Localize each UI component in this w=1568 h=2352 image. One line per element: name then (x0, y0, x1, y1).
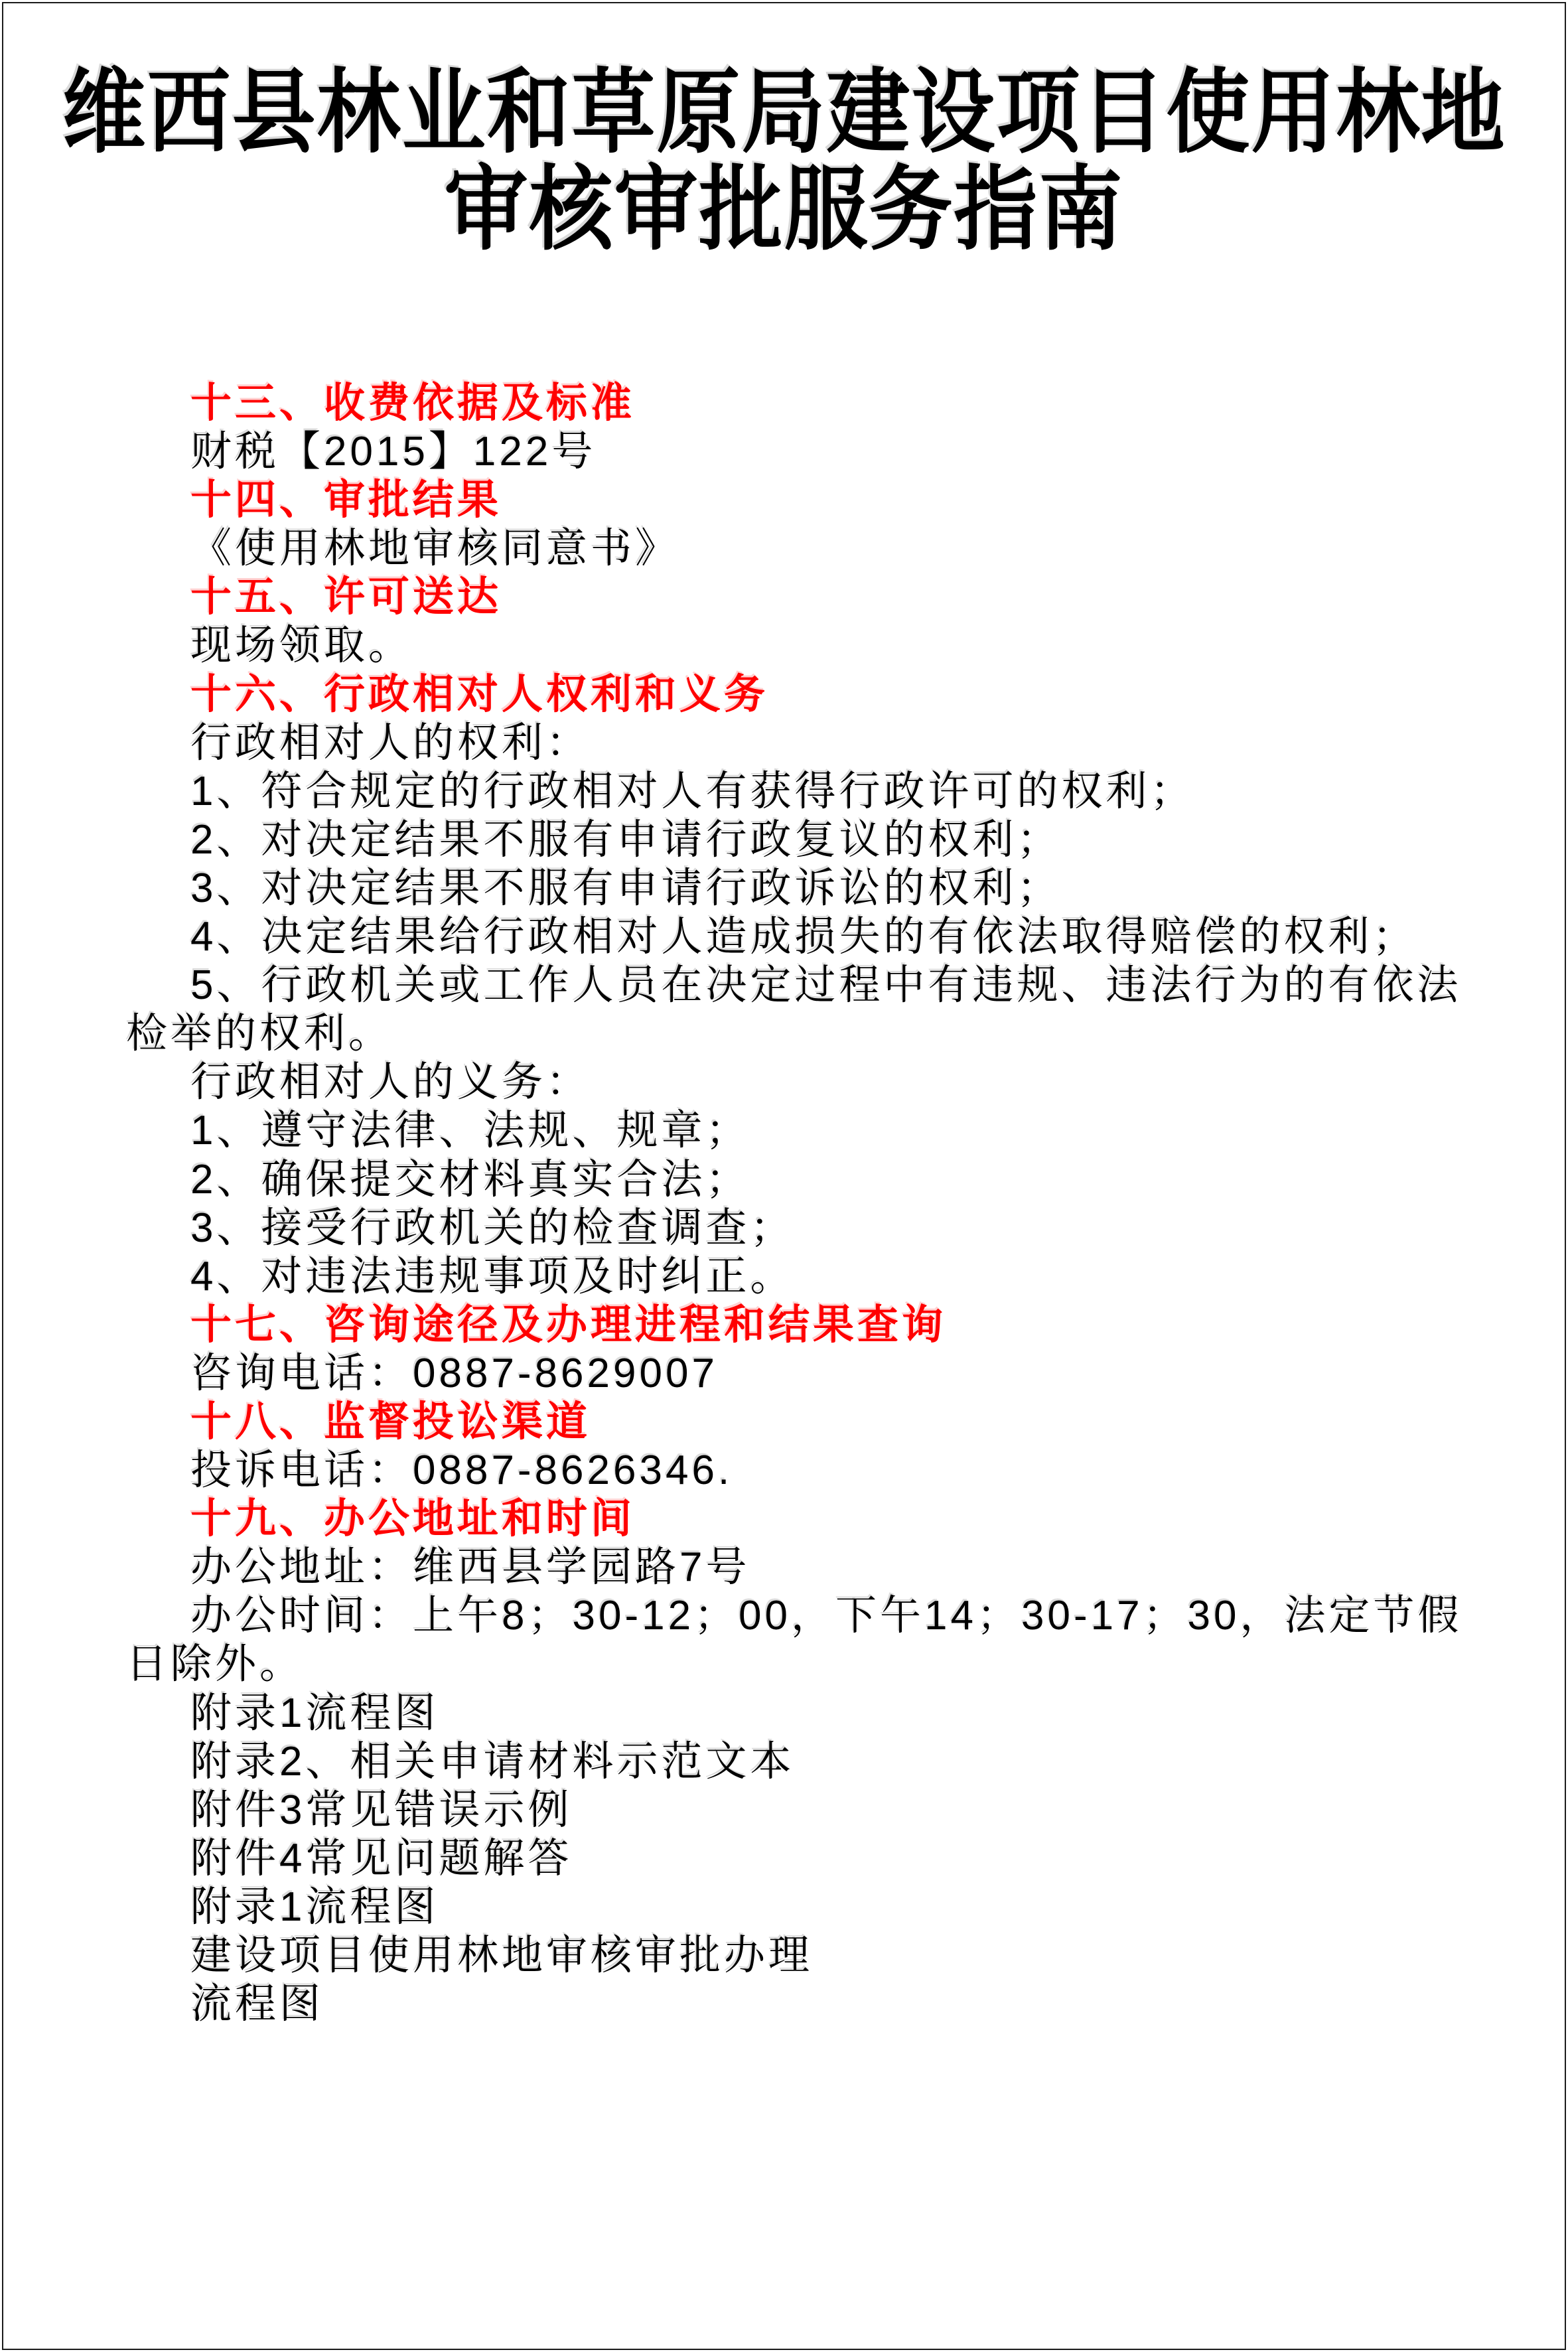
section-heading: 十七、咨询途径及办理进程和结果查询 (126, 1301, 1468, 1349)
text-line: 咨询电话：0887-8629007 (126, 1349, 1468, 1398)
text-line: 现场领取。 (126, 621, 1468, 670)
document-body: 十三、收费依据及标准财税【2015】122号十四、审批结果《使用林地审核同意书》… (126, 379, 1468, 2028)
title-line-2: 审核审批服务指南 (0, 161, 1568, 257)
text-line: 1、遵守法律、法规、规章； (126, 1106, 1468, 1155)
section-heading: 十六、行政相对人权利和义务 (126, 670, 1468, 719)
text-line: 办公地址：维西县学园路7号 (126, 1543, 1468, 1591)
section-heading: 十九、办公地址和时间 (126, 1495, 1468, 1543)
section-heading: 十八、监督投讼渠道 (126, 1398, 1468, 1446)
text-line: 5、行政机关或工作人员在决定过程中有违规、违法行为的有依法 (126, 961, 1468, 1009)
text-line: 流程图 (126, 1980, 1468, 2028)
section-heading: 十四、审批结果 (126, 476, 1468, 524)
text-line: 2、对决定结果不服有申请行政复议的权利； (126, 816, 1468, 864)
text-line: 附录1流程图 (126, 1883, 1468, 1931)
document-page: { "document": { "title": { "line1": "维西县… (0, 0, 1568, 2352)
text-line: 附录1流程图 (126, 1689, 1468, 1737)
text-line: 日除外。 (126, 1640, 1468, 1688)
text-line: 行政相对人的义务： (126, 1058, 1468, 1106)
text-line: 4、决定结果给行政相对人造成损失的有依法取得赔偿的权利； (126, 913, 1468, 961)
text-line: 3、接受行政机关的检查调查； (126, 1204, 1468, 1252)
document-title: 维西县林业和草原局建设项目使用林地 审核审批服务指南 (0, 64, 1568, 258)
text-line: 财税【2015】122号 (126, 427, 1468, 476)
section-heading: 十五、许可送达 (126, 573, 1468, 621)
section-heading: 十三、收费依据及标准 (126, 379, 1468, 427)
text-line: 2、确保提交材料真实合法； (126, 1155, 1468, 1204)
text-line: 检举的权利。 (126, 1009, 1468, 1058)
text-line: 3、对决定结果不服有申请行政诉讼的权利； (126, 864, 1468, 913)
text-line: 建设项目使用林地审核审批办理 (126, 1931, 1468, 1980)
text-line: 《使用林地审核同意书》 (126, 524, 1468, 573)
text-line: 4、对违法违规事项及时纠正。 (126, 1252, 1468, 1301)
text-line: 附件3常见错误示例 (126, 1786, 1468, 1834)
text-line: 附录2、相关申请材料示范文本 (126, 1737, 1468, 1786)
text-line: 投诉电话：0887-8626346. (126, 1446, 1468, 1495)
text-line: 1、符合规定的行政相对人有获得行政许可的权利； (126, 767, 1468, 816)
title-line-1: 维西县林业和草原局建设项目使用林地 (0, 64, 1568, 161)
text-line: 行政相对人的权利： (126, 719, 1468, 767)
text-line: 附件4常见问题解答 (126, 1834, 1468, 1883)
text-line: 办公时间：上午8；30-12；00，下午14；30-17；30，法定节假 (126, 1591, 1468, 1640)
